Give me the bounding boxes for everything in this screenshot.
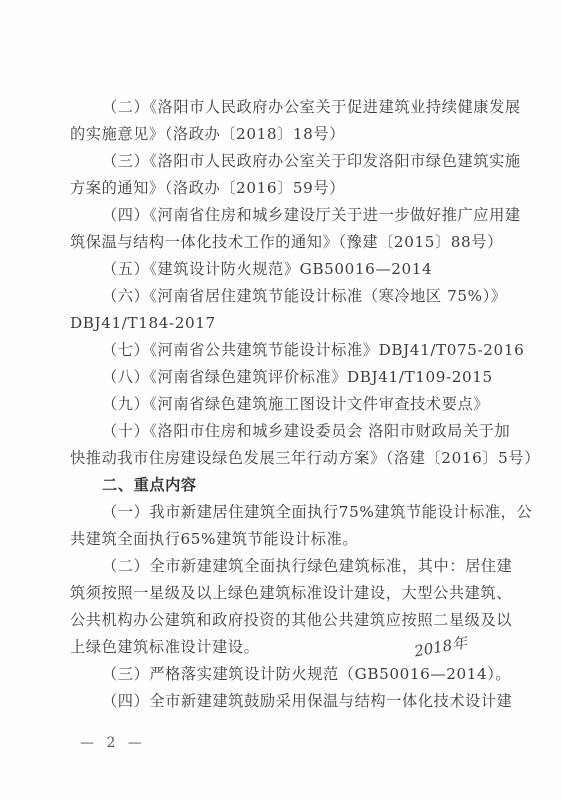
text-line: （九）《河南省绿色建筑施工图设计文件审查技术要点》	[102, 394, 502, 414]
text-line: （七）《河南省公共建筑节能设计标准》DBJ41/T075-2016	[102, 340, 502, 360]
text-line: （四）全市新建建筑鼓励采用保温与结构一体化技术设计建	[102, 691, 502, 711]
text-line: （三）《洛阳市人民政府办公室关于印发洛阳市绿色建筑实施	[102, 151, 502, 171]
text-line: （四）《河南省住房和城乡建设厅关于进一步做好推广应用建	[102, 205, 502, 225]
text-line: DBJ41/T184-2017	[70, 313, 502, 333]
text-line: （一）我市新建居住建筑全面执行75%建筑节能设计标准，公	[102, 502, 502, 522]
page-number: — 2 —	[80, 735, 146, 751]
text-line: （六）《河南省居住建筑节能设计标准（寒冷地区 75%）》	[102, 286, 502, 306]
text-line: 筑保温与结构一体化技术工作的通知》（豫建〔2015〕88号）	[70, 232, 502, 252]
text-line: 方案的通知》（洛政办〔2016〕59号）	[70, 178, 502, 198]
section-heading: 二、重点内容	[102, 475, 502, 495]
text-line: （二）全市新建建筑全面执行绿色建筑标准，其中：居住建	[102, 556, 502, 576]
text-line: 筑须按照一星级及以上绿色建筑标准设计建设，大型公共建筑、	[70, 583, 502, 603]
text-line: （十）《洛阳市住房和城乡建设委员会 洛阳市财政局关于加	[102, 421, 502, 441]
text-line: 公共机构办公建筑和政府投资的其他公共建筑应按照二星级及以	[70, 610, 502, 630]
text-line: 快推动我市住房建设绿色发展三年行动方案》（洛建〔2016〕5号）	[70, 448, 502, 468]
text-line: （五）《建筑设计防火规范》GB50016—2014	[102, 259, 502, 279]
document-page: （二）《洛阳市人民政府办公室关于促进建筑业持续健康发展 的实施意见》（洛政办〔2…	[0, 0, 561, 800]
text-line: 共建筑全面执行65%建筑节能设计标准。	[70, 529, 502, 549]
text-line: （八）《河南省绿色建筑评价标准》DBJ41/T109-2015	[102, 367, 502, 387]
text-line: （三）严格落实建筑设计防火规范（GB50016—2014）。	[102, 664, 502, 684]
text-line: （二）《洛阳市人民政府办公室关于促进建筑业持续健康发展	[102, 97, 502, 117]
text-line: 的实施意见》（洛政办〔2018〕18号）	[70, 124, 502, 144]
